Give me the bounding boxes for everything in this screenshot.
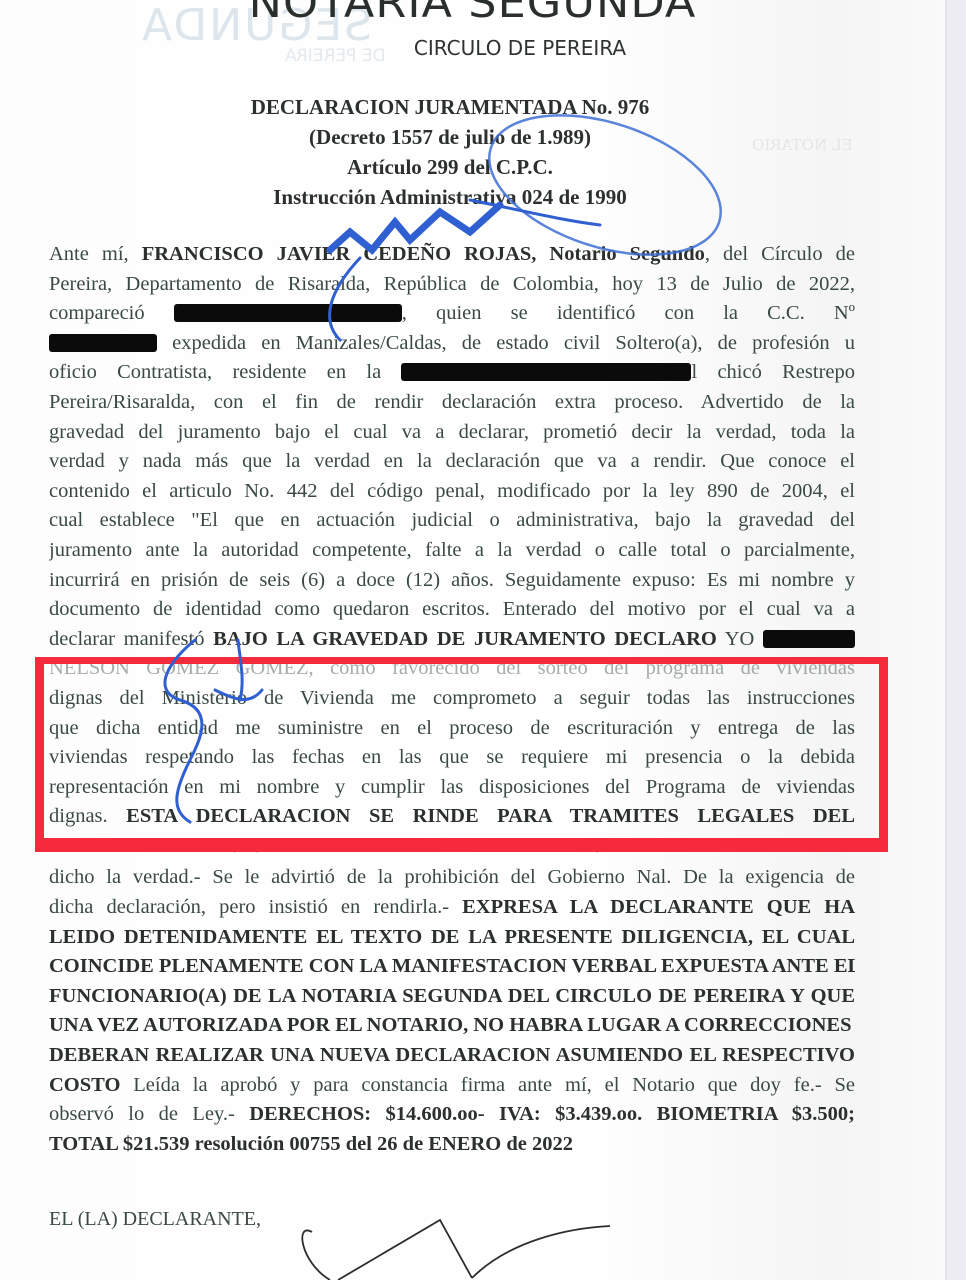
fees-line: observó lo de Ley.- DERECHOS: $14.600.oo… (49, 1100, 855, 1130)
body-line: compareció , quien se identificó con la … (49, 299, 855, 329)
declarant-signature (302, 1220, 610, 1280)
redacted-address (401, 363, 691, 381)
body-line-cut: MINISTERIO DE VIVIENDA EN EL PROGRAMA DE… (49, 832, 855, 862)
instruction-reference: Instrucción Administrativa 024 de 1990 (0, 182, 900, 212)
article-reference: Artículo 299 del C.P.C. (0, 152, 900, 182)
body-line: contenido el articulo No. 442 del código… (49, 477, 855, 507)
notary-name: FRANCISCO JAVIER CEDEÑO ROJAS, Notario S… (142, 243, 705, 265)
oath-statement: BAJO LA GRAVEDAD DE JURAMENTO DECLARO (213, 628, 717, 650)
purpose-statement: ESTA DECLARACION SE RINDE PARA TRAMITES … (126, 805, 855, 827)
declarant-signature-label: EL (LA) DECLARANTE, (49, 1208, 261, 1231)
body-line: documento de identidad como quedaron esc… (49, 595, 855, 625)
body-line: dignas del Ministerio de Vivienda me com… (49, 684, 855, 714)
redacted-id-number (49, 334, 157, 352)
redacted-declarant-name (763, 630, 855, 648)
declaration-header: DECLARACION JURAMENTADA No. 976 (Decreto… (0, 92, 900, 212)
body-line: representación en mi nombre y cumplir la… (49, 773, 855, 803)
body-line: DEBERAN REALIZAR UNA NUEVA DECLARACION A… (49, 1041, 855, 1071)
body-line: COINCIDE PLENAMENTE CON LA MANIFESTACION… (49, 952, 855, 982)
decree-reference: (Decreto 1557 de julio de 1.989) (0, 122, 900, 152)
body-line: FUNCIONARIO(A) DE LA NOTARIA SEGUNDA DEL… (49, 982, 855, 1012)
body-line: dicha declaración, pero insistió en rend… (49, 893, 855, 923)
notary-circle: CIRCULO DE PEREIRA (0, 36, 945, 60)
body-line: oficio Contratista, residente en la l ch… (49, 358, 855, 388)
body-line: cual establece "El que en actuación judi… (49, 506, 855, 536)
body-line: declarar manifestó BAJO LA GRAVEDAD DE J… (49, 625, 855, 655)
body-line: viviendas respetando las fechas en las q… (49, 743, 855, 773)
body-line: que dicha entidad me suministre en el pr… (49, 714, 855, 744)
body-line: expedida en Manizales/Caldas, de estado … (49, 329, 855, 359)
body-line: UNA VEZ AUTORIZADA POR EL NOTARIO, NO HA… (49, 1011, 855, 1041)
body-line-cut: NELSON GOMEZ GOMEZ, como favorecido del … (49, 654, 855, 684)
total-line: TOTAL $21.539 resolución 00755 del 26 de… (49, 1130, 855, 1160)
body-line: dignas. ESTA DECLARACION SE RINDE PARA T… (49, 802, 855, 832)
notary-title: NOTARIA SEGUNDA (0, 0, 945, 27)
body-line: COSTO Leída la aprobó y para constancia … (49, 1071, 855, 1101)
document-page: SEGUNDA DE PEREIRA EL NOTARIO NOTARIA SE… (0, 0, 945, 1280)
body-line: Pereira/Risaralda, con el fin de rendir … (49, 388, 855, 418)
redacted-name (174, 304, 402, 322)
body-line: incurrirá en prisión de seis (6) a doce … (49, 566, 855, 596)
body-line: Pereira, Departamento de Risaralda, Repú… (49, 270, 855, 300)
body-line: Ante mí, FRANCISCO JAVIER CEDEÑO ROJAS, … (49, 240, 855, 270)
body-line: gravedad del juramento bajo el cual va a… (49, 418, 855, 448)
body-line: dicho la verdad.- Se le advirtió de la p… (49, 863, 855, 893)
body-line: verdad y nada más que la verdad en la de… (49, 447, 855, 477)
screen-edge (945, 0, 966, 1280)
body-line: juramento ante la autoridad competente, … (49, 536, 855, 566)
declaration-number: DECLARACION JURAMENTADA No. 976 (0, 92, 900, 122)
declaration-body: Ante mí, FRANCISCO JAVIER CEDEÑO ROJAS, … (49, 240, 855, 1159)
body-line: LEIDO DETENIDAMENTE EL TEXTO DE LA PRESE… (49, 923, 855, 953)
